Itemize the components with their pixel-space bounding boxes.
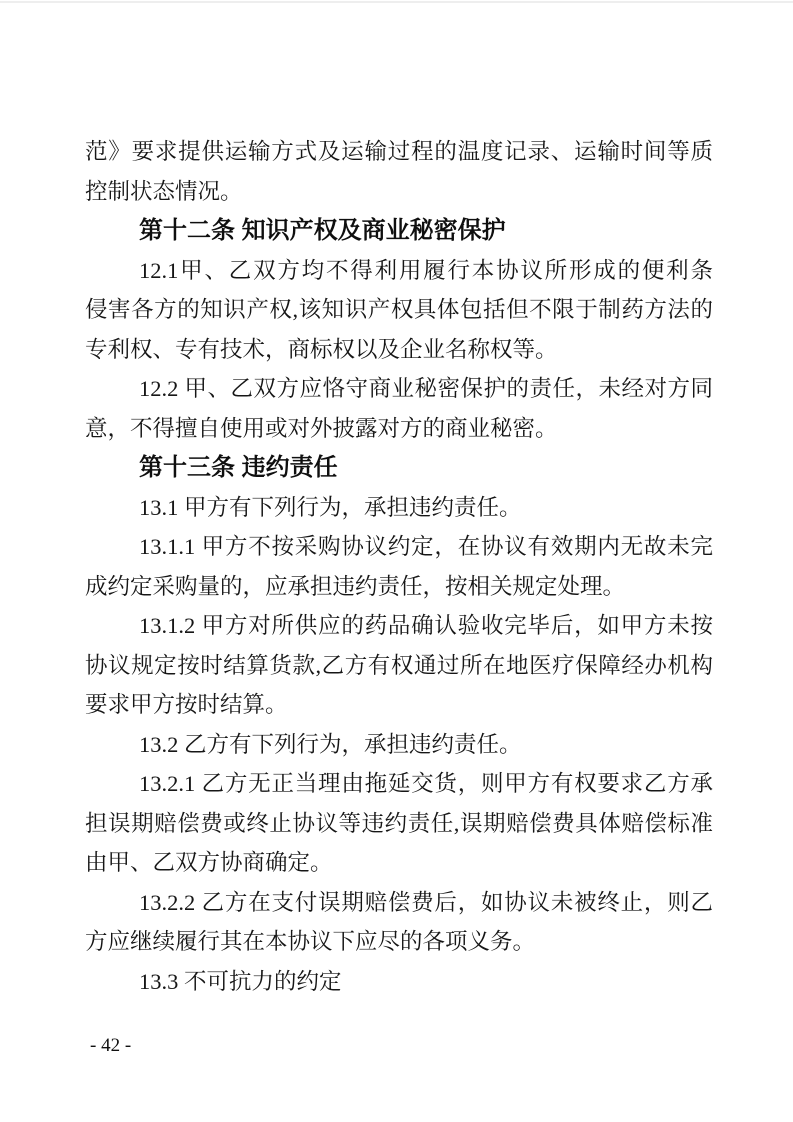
scan-edge-line: [0, 1, 793, 3]
text-line: 专利权、专有技术，商标权以及企业名称权等。: [85, 330, 713, 370]
text-line: 13.1.1 甲方不按采购协议约定，在协议有效期内无故未完: [85, 527, 713, 567]
text-line: 控制状态情况。: [85, 172, 713, 212]
text-line: 方应继续履行其在本协议下应尽的各项义务。: [85, 922, 713, 962]
section-heading: 第十三条 违约责任: [85, 448, 713, 488]
page-footer: - 42 -: [90, 1034, 131, 1058]
page-number: - 42 -: [90, 1035, 131, 1056]
document-body: 范》要求提供运输方式及运输过程的温度记录、运输时间等质量控制状态情况。第十二条 …: [85, 132, 713, 1001]
section-heading: 第十二条 知识产权及商业秘密保护: [85, 211, 713, 251]
text-line: 12.2 甲、乙双方应恪守商业秘密保护的责任，未经对方同: [85, 369, 713, 409]
text-line: 协议规定按时结算货款,乙方有权通过所在地医疗保障经办机构: [85, 646, 713, 686]
text-line: 12.1甲、乙双方均不得利用履行本协议所形成的便利条件，: [85, 251, 713, 291]
text-line: 由甲、乙双方协商确定。: [85, 843, 713, 883]
text-line: 范》要求提供运输方式及运输过程的温度记录、运输时间等质量: [85, 132, 713, 172]
text-line: 13.2.1 乙方无正当理由拖延交货，则甲方有权要求乙方承: [85, 764, 713, 804]
text-line: 要求甲方按时结算。: [85, 685, 713, 725]
text-line: 13.2.2 乙方在支付误期赔偿费后，如协议未被终止，则乙: [85, 883, 713, 923]
document-page: 范》要求提供运输方式及运输过程的温度记录、运输时间等质量控制状态情况。第十二条 …: [0, 0, 793, 1122]
text-line: 意，不得擅自使用或对外披露对方的商业秘密。: [85, 409, 713, 449]
text-line: 13.1 甲方有下列行为，承担违约责任。: [85, 488, 713, 528]
text-line: 13.1.2 甲方对所供应的药品确认验收完毕后，如甲方未按: [85, 606, 713, 646]
text-line: 担误期赔偿费或终止协议等违约责任,误期赔偿费具体赔偿标准: [85, 804, 713, 844]
text-line: 13.3 不可抗力的约定: [85, 962, 713, 1002]
text-line: 侵害各方的知识产权,该知识产权具体包括但不限于制药方法的: [85, 290, 713, 330]
text-line: 成约定采购量的，应承担违约责任，按相关规定处理。: [85, 567, 713, 607]
text-line: 13.2 乙方有下列行为，承担违约责任。: [85, 725, 713, 765]
